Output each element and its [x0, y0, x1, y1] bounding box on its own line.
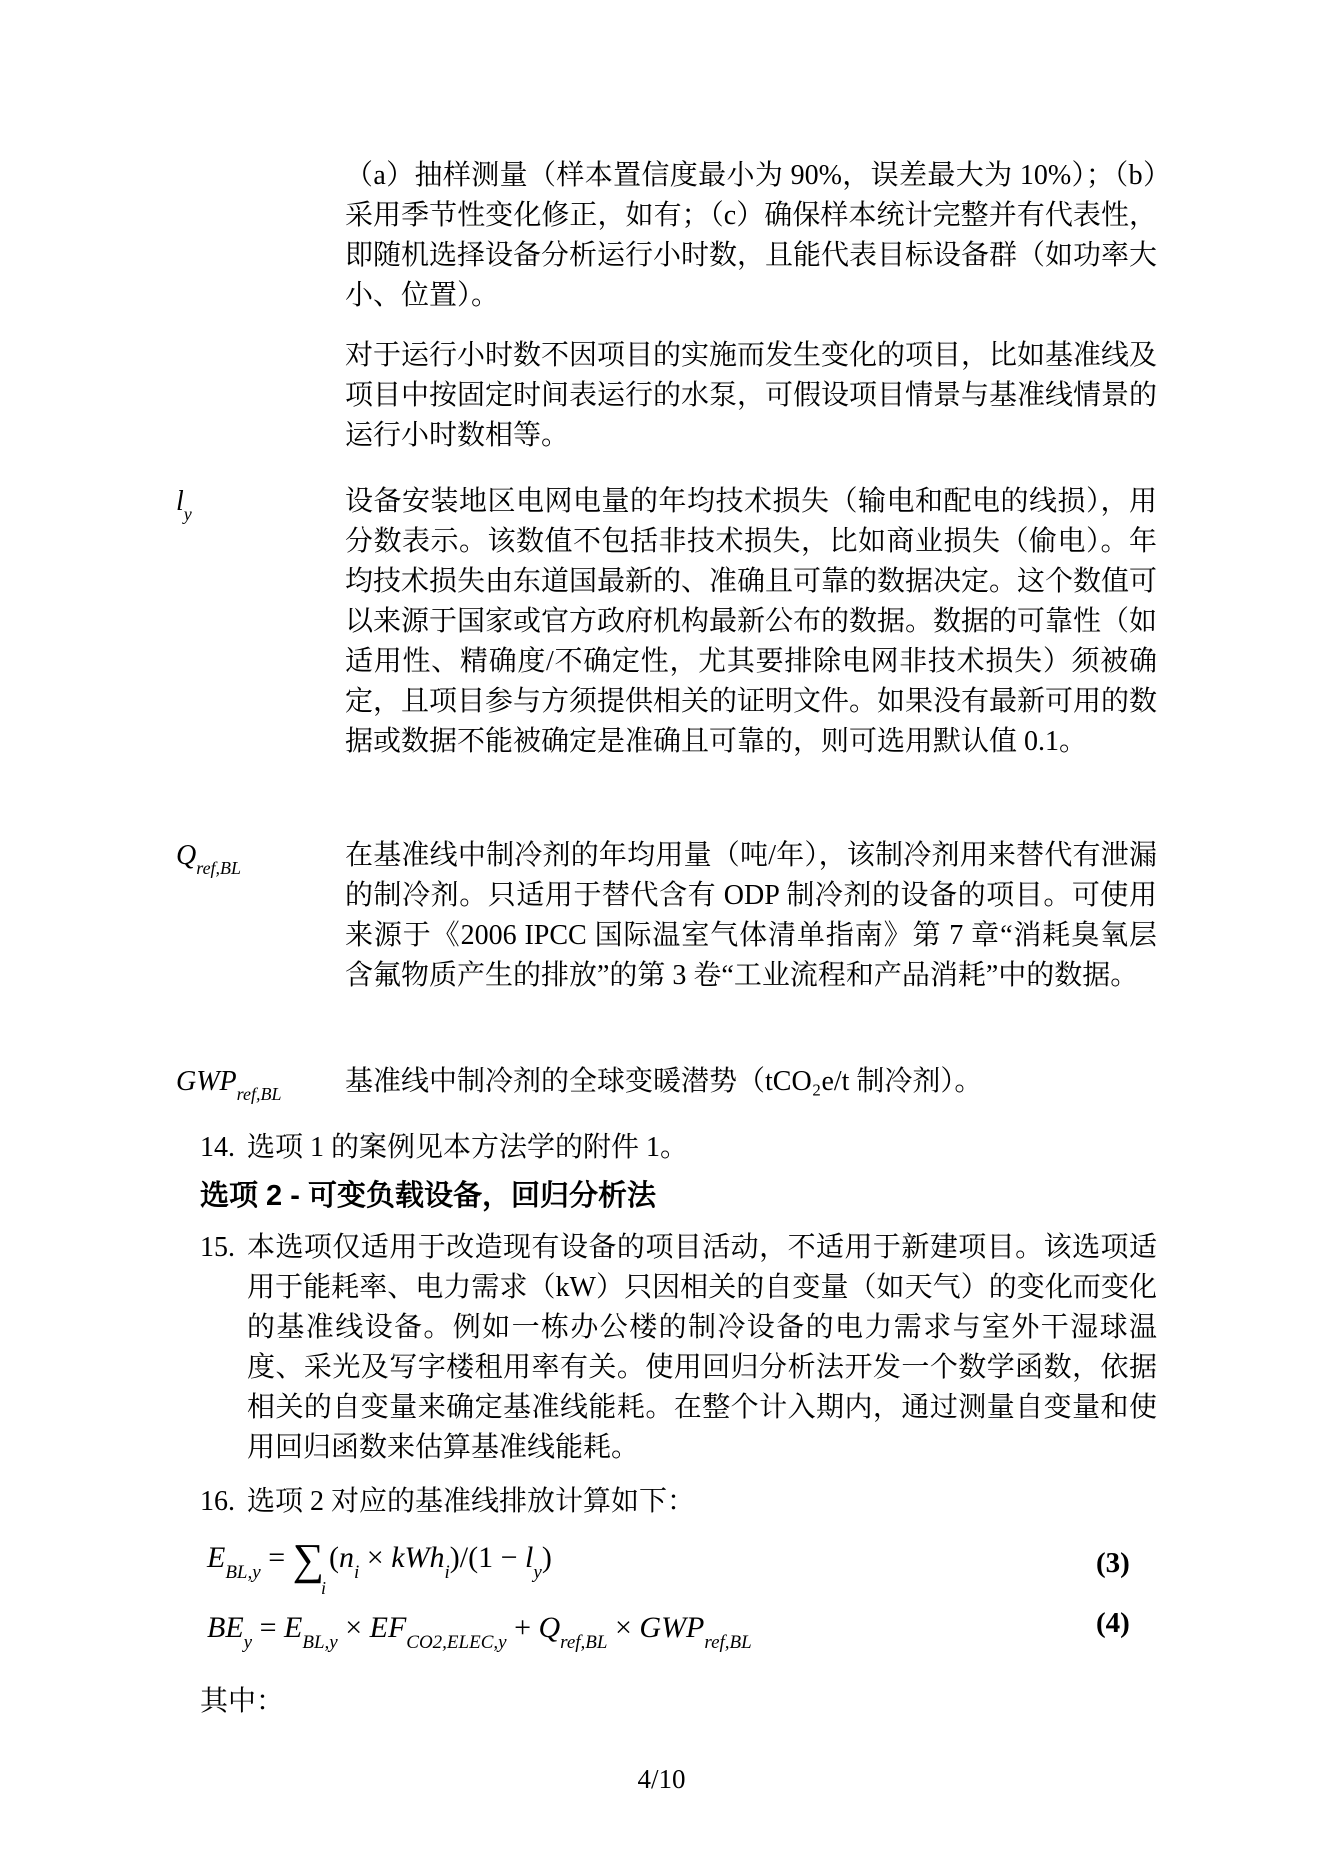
- list-item-14-number: 14.: [200, 1128, 235, 1168]
- term-symbol-qrefbl: Qref,BL: [176, 836, 241, 885]
- list-item-16: 16. 选项 2 对应的基准线排放计算如下：: [200, 1482, 1157, 1522]
- list-item-15: 15. 本选项仅适用于改造现有设备的项目活动，不适用于新建项目。该选项适用于能耗…: [200, 1228, 1157, 1468]
- list-item-16-text: 选项 2 对应的基准线排放计算如下：: [247, 1486, 695, 1517]
- term-symbol-gwprefbl: GWPref,BL: [176, 1062, 282, 1111]
- definition-row-qrefbl: Qref,BL 在基准线中制冷剂的年均用量（吨/年），该制冷剂用来替代有泄漏的制…: [176, 836, 1157, 996]
- page-number: 4/10: [0, 1762, 1323, 1796]
- equation-3-number: (3): [1096, 1546, 1130, 1580]
- list-item-16-number: 16.: [200, 1482, 235, 1522]
- list-item-14-text: 选项 1 的案例见本方法学的附件 1。: [247, 1132, 688, 1163]
- definition-row-gwprefbl: GWPref,BL 基准线中制冷剂的全球变暖潜势（tCO₂e/t 制冷剂）。: [176, 1062, 1157, 1102]
- paragraph-fixed-schedule-pump: 对于运行小时数不因项目的实施而发生变化的项目，比如基准线及项目中按固定时间表运行…: [345, 336, 1157, 456]
- equation-3-formula: EBL,y = ∑i(ni × kWhi)/(1 − ly): [207, 1535, 552, 1601]
- where-label: 其中：: [200, 1682, 284, 1722]
- paragraph-sampling-measurement: （a）抽样测量（样本置信度最小为 90%，误差最大为 10%）；（b）采用季节性…: [345, 156, 1157, 316]
- list-item-14: 14. 选项 1 的案例见本方法学的附件 1。: [200, 1128, 1157, 1168]
- term-symbol-ly: ly: [176, 482, 192, 531]
- equation-4-number: (4): [1096, 1606, 1130, 1640]
- equation-4-formula: BEy = EBL,y × EFCO2,ELEC,y + Qref,BL × G…: [207, 1605, 752, 1662]
- list-item-15-number: 15.: [200, 1228, 235, 1268]
- section-heading-option2: 选项 2 - 可变负载设备，回归分析法: [200, 1176, 656, 1216]
- document-page: （a）抽样测量（样本置信度最小为 90%，误差最大为 10%）；（b）采用季节性…: [0, 0, 1323, 1871]
- definition-text-gwprefbl: 基准线中制冷剂的全球变暖潜势（tCO₂e/t 制冷剂）。: [345, 1062, 1157, 1102]
- definition-text-ly: 设备安装地区电网电量的年均技术损失（输电和配电的线损），用分数表示。该数值不包括…: [345, 482, 1157, 762]
- definition-row-ly: ly 设备安装地区电网电量的年均技术损失（输电和配电的线损），用分数表示。该数值…: [176, 482, 1157, 762]
- definition-text-qrefbl: 在基准线中制冷剂的年均用量（吨/年），该制冷剂用来替代有泄漏的制冷剂。只适用于替…: [345, 836, 1157, 996]
- list-item-15-text: 本选项仅适用于改造现有设备的项目活动，不适用于新建项目。该选项适用于能耗率、电力…: [247, 1232, 1157, 1463]
